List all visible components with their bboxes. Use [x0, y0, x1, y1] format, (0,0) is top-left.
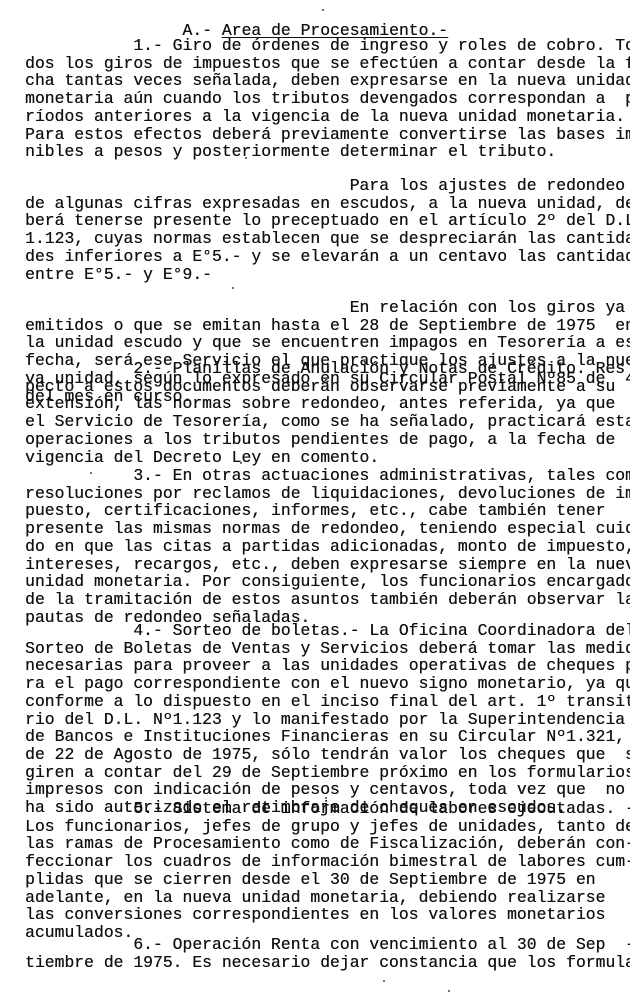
- text-line: el Servicio de Tesorería, como se ha señ…: [25, 413, 630, 431]
- text-line: Los funcionarios, jefes de grupo y jefes…: [25, 818, 630, 836]
- text-line: operaciones a los tributos pendientes de…: [25, 431, 630, 449]
- text-line: tiembre de 1975. Es necesario dejar cons…: [25, 954, 630, 972]
- text-line: cha tantas veces señalada, deben expresa…: [25, 72, 630, 90]
- text-line: necesarias para proveer a las unidades o…: [25, 657, 630, 675]
- text-line: de algunas cifras expresadas en escudos,…: [25, 195, 630, 213]
- text-line: 6.- Operación Renta con vencimiento al 3…: [25, 936, 630, 954]
- text-line: ra el pago correspondiente con el nuevo …: [25, 675, 630, 693]
- scan-speck: [322, 9, 324, 11]
- text-line: unidad monetaria. Por consiguiente, los …: [25, 573, 630, 591]
- text-line: adelante, en la nueva unidad monetaria, …: [25, 889, 630, 907]
- section-header: A.- Area de Procesamiento.-: [25, 4, 448, 22]
- text-line: 4.- Sorteo de boletas.- La Oficina Coord…: [25, 622, 630, 640]
- text-line: las conversiones correspondientes en los…: [25, 906, 630, 924]
- text-line: entre E°5.- y E°9.-: [25, 266, 212, 284]
- text-line: vigencia del Decreto Ley en comento.: [25, 449, 379, 467]
- text-line: ríodos anteriores a la vigencia de la nu…: [25, 108, 630, 126]
- scan-speck: [240, 462, 242, 464]
- text-line: extensión, las normas sobre redondeo, an…: [25, 395, 630, 413]
- text-line: En relación con los giros ya: [25, 299, 625, 317]
- text-line: nibles a pesos y posteriormente determin…: [25, 143, 556, 161]
- text-line: 1.123, cuyas normas establecen que se de…: [25, 230, 630, 248]
- text-line: conforme a lo dispuesto en el inciso fin…: [25, 693, 630, 711]
- text-line: 3.- En otras actuaciones administrativas…: [25, 467, 630, 485]
- text-line: pecto a estos documentos deberán observa…: [25, 378, 630, 396]
- text-line: do en que las citas a partidas adicionad…: [25, 538, 630, 556]
- text-line: Para estos efectos deberá previamente co…: [25, 126, 630, 144]
- document-page: A.- Area de Procesamiento.- 1.- Giro de …: [0, 0, 630, 1002]
- scan-speck: [245, 157, 247, 159]
- scan-speck: [448, 990, 450, 992]
- text-line: dos los giros de impuestos que se efectú…: [25, 55, 630, 73]
- text-line: las ramas de Procesamiento como de Fisca…: [25, 835, 630, 853]
- scan-speck: [383, 980, 385, 982]
- scan-speck: [90, 472, 92, 474]
- text-line: de Bancos e Instituciones Financieras en…: [25, 728, 625, 746]
- text-line: Para los ajustes de redondeo: [25, 177, 625, 195]
- text-line: feccionar los cuadros de información bim…: [25, 853, 630, 871]
- text-line: 2.- Planillas de Anulación y Notas de Cr…: [25, 360, 630, 378]
- text-line: presente las mismas normas de redondeo, …: [25, 520, 630, 538]
- text-line: plidas que se cierren desde el 30 de Sep…: [25, 871, 630, 889]
- text-line: la unidad escudo y que se encuentren imp…: [25, 334, 630, 352]
- text-line: de la tramitación de estos asuntos tambi…: [25, 591, 630, 609]
- text-line: monetaria aún cuando los tributos deveng…: [25, 90, 630, 108]
- scan-speck: [325, 797, 327, 799]
- text-line: berá tenerse presente lo preceptuado en …: [25, 212, 630, 230]
- text-line: 5.- Sistema de información de labores ej…: [25, 800, 630, 818]
- scan-speck: [232, 287, 234, 289]
- text-line: Sorteo de Boletas de Ventas y Servicios …: [25, 640, 630, 658]
- text-line: de 22 de Agosto de 1975, sólo tendrán va…: [25, 746, 630, 764]
- text-line: giren a contar del 29 de Septiembre próx…: [25, 764, 630, 782]
- text-line: resoluciones por reclamos de liquidacion…: [25, 485, 630, 503]
- text-line: emitidos o que se emitan hasta el 28 de …: [25, 317, 630, 335]
- text-line: 1.- Giro de órdenes de ingreso y roles d…: [25, 37, 630, 55]
- text-line: puesto, certificaciones, informes, etc.,…: [25, 502, 630, 520]
- text-line: intereses, recargos, etc., deben expresa…: [25, 556, 630, 574]
- text-line: des inferiores a E°5.- y se elevarán a u…: [25, 248, 630, 266]
- text-line: rio del D.L. Nº1.123 y lo manifestado po…: [25, 711, 625, 729]
